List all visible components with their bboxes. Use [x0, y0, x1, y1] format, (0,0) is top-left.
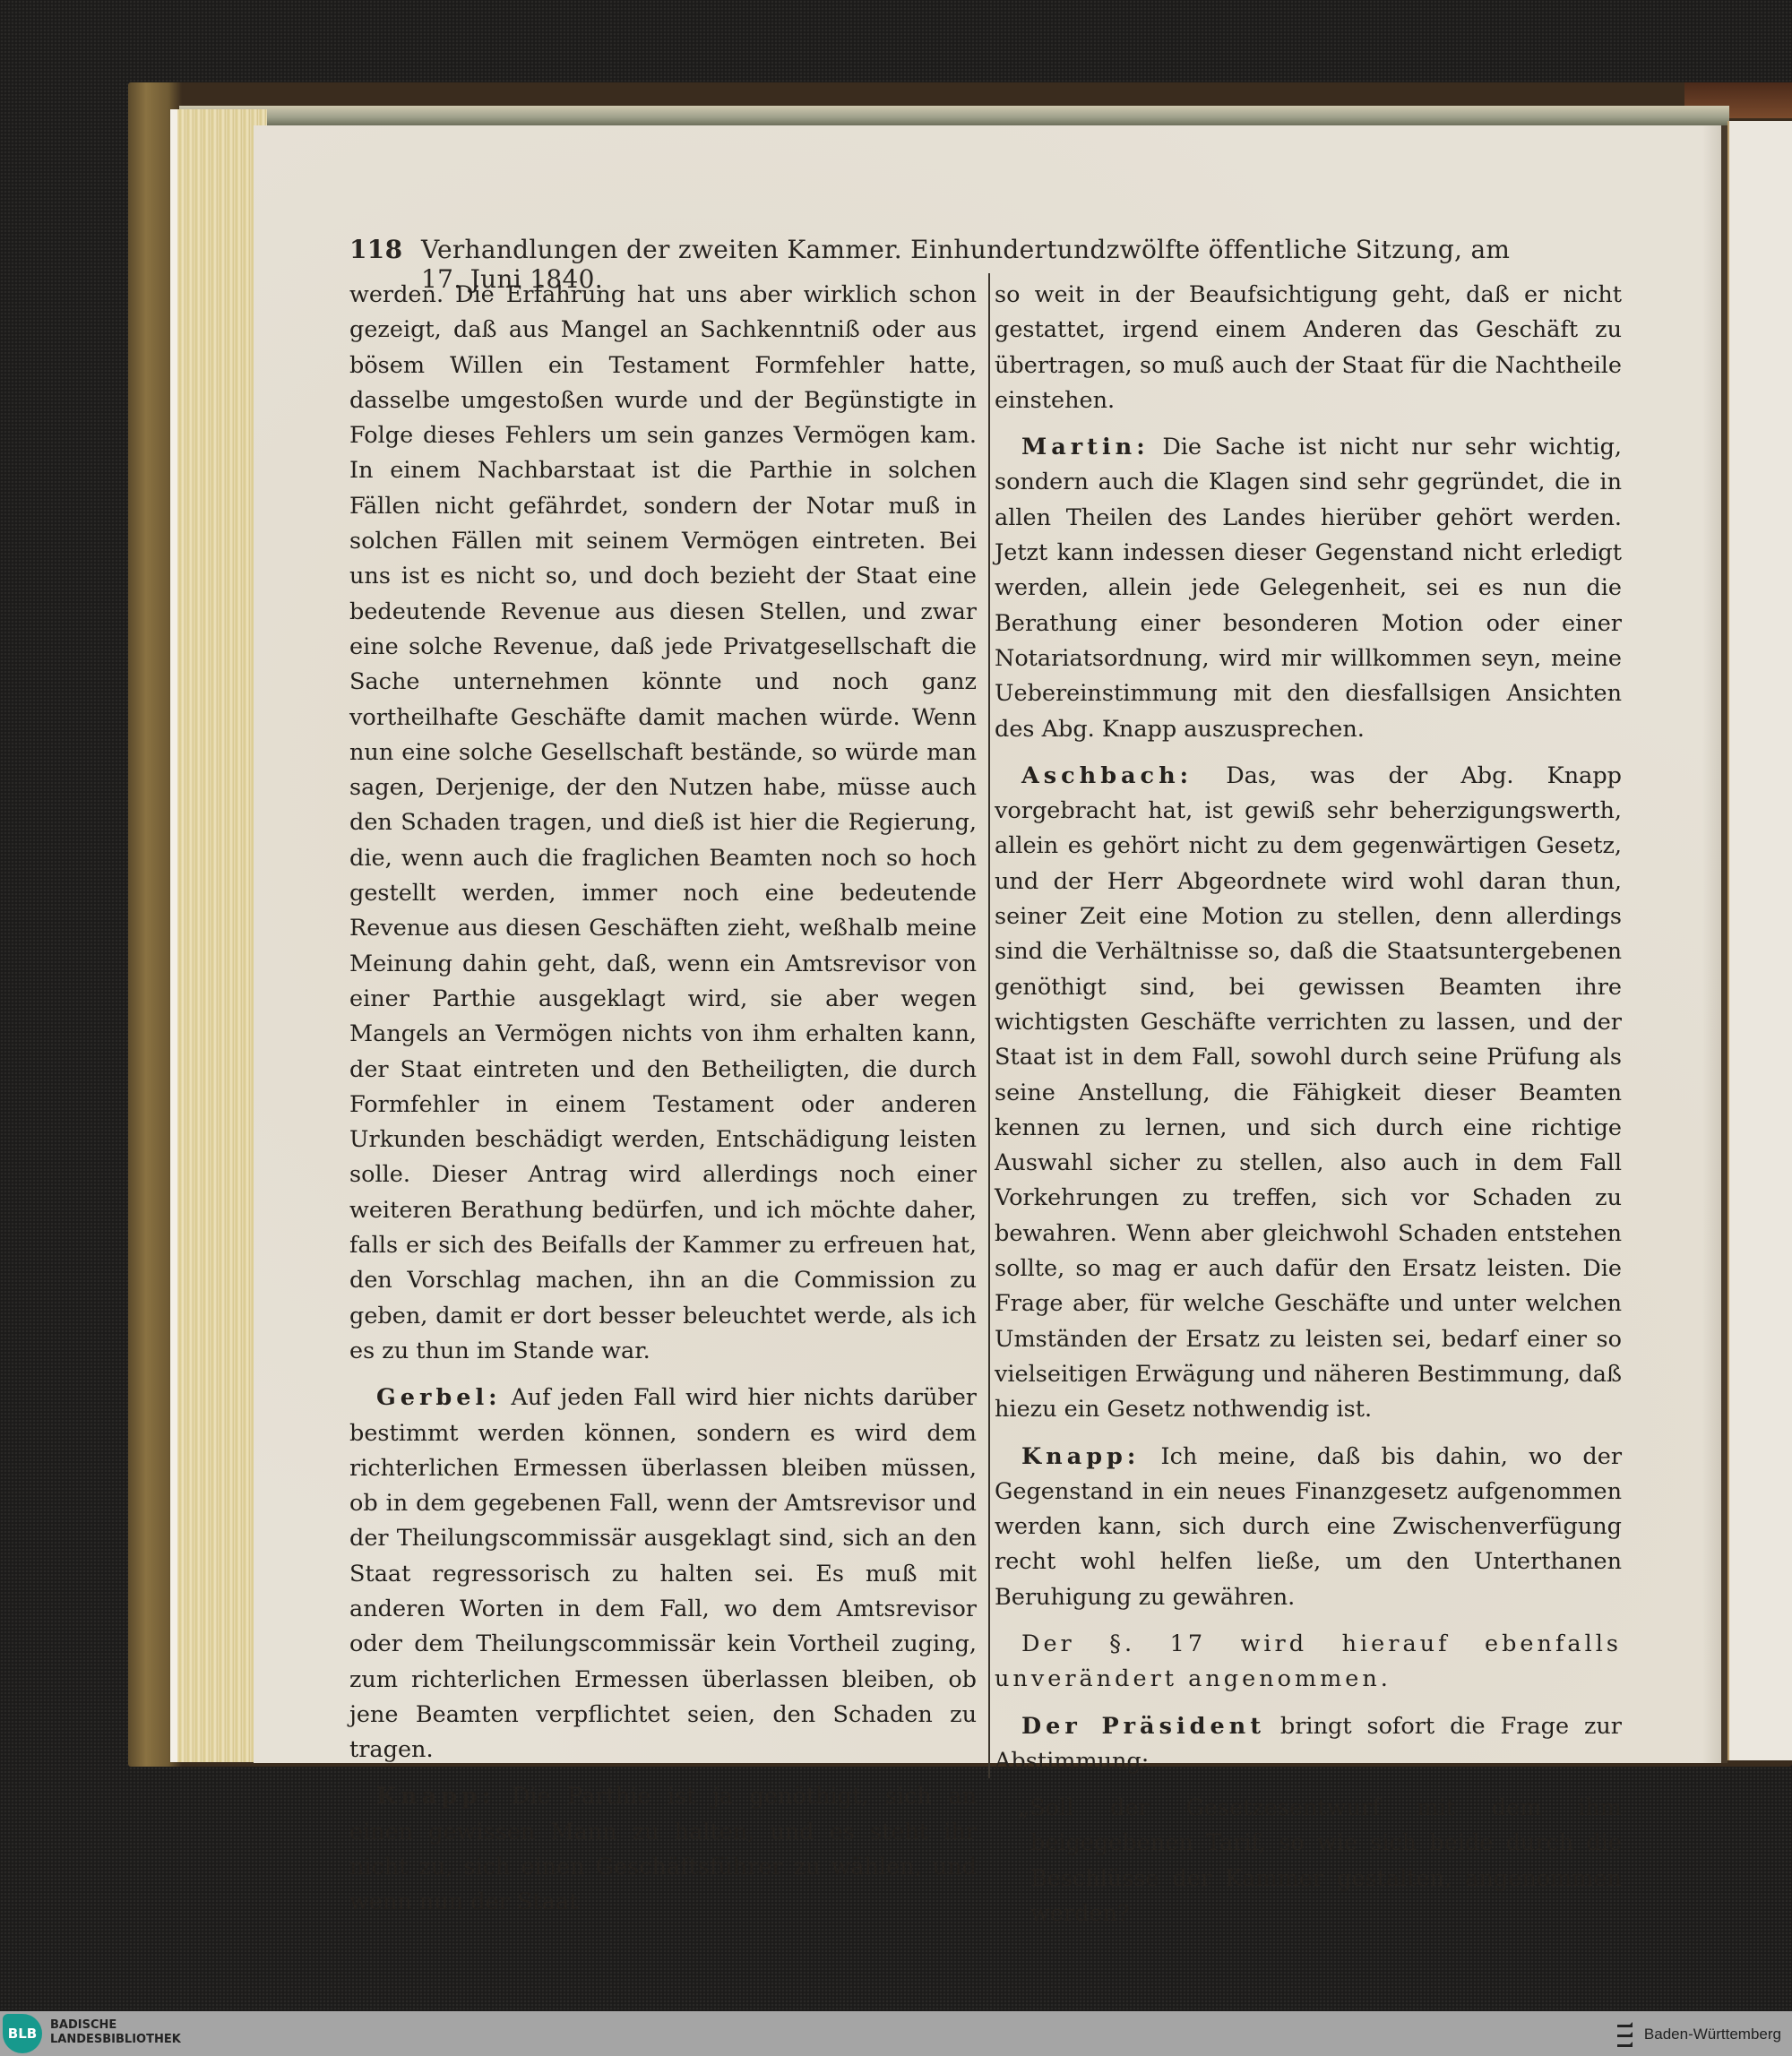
- column-divider: [988, 273, 990, 1778]
- speech-knapp: Knapp: Die Parthie ist ja genöthigt, sic…: [349, 1779, 977, 1920]
- speech-martin: Martin: Die Sache ist nicht nur sehr wic…: [995, 430, 1622, 747]
- baden-wuerttemberg-logo: Baden-Württemberg: [1615, 2019, 1781, 2050]
- right-column: so weit in der Beaufsichtigung geht, daß…: [995, 278, 1622, 1931]
- three-lions-icon: [1615, 2019, 1635, 2050]
- paragraph: werden. Die Erfahrung hat uns aber wirkl…: [349, 278, 977, 1369]
- page-top-edge: [179, 106, 1729, 125]
- gutter-shadow: [1702, 125, 1727, 1763]
- vote-question: „Soll der Gesetzesentwurf mit dem ihm be…: [1030, 1791, 1622, 1931]
- speaker-name: Knapp:: [376, 1783, 495, 1810]
- president-statement: Der Präsident bringt sofort die Frage zu…: [995, 1709, 1622, 1780]
- blb-name: BADISCHE LANDESBIBLIOTHEK: [50, 2018, 181, 2047]
- resolution-note: Der §. 17 wird hierauf ebenfalls unverän…: [995, 1627, 1622, 1698]
- left-column: werden. Die Erfahrung hat uns aber wirkl…: [349, 278, 977, 1932]
- page-stack-edge: [170, 109, 267, 1762]
- speaker-name: Knapp:: [1021, 1443, 1140, 1470]
- speaker-name: Aschbach:: [1021, 762, 1193, 789]
- facing-page: [1727, 121, 1792, 1760]
- speaker-name: Martin:: [1021, 434, 1150, 460]
- running-head: 118 Verhandlungen der zweiten Kammer. Ei…: [349, 235, 1541, 271]
- speech-aschbach: Aschbach: Das, was der Abg. Knapp vorgeb…: [995, 759, 1622, 1428]
- speaker-name: Gerbel:: [376, 1384, 502, 1411]
- speaker-name: Der Präsident: [1021, 1713, 1265, 1740]
- blb-logo: BLB: [3, 2014, 42, 2053]
- bw-label: Baden-Württemberg: [1644, 2026, 1781, 2043]
- speech-knapp-2: Knapp: Ich meine, daß bis dahin, wo der …: [995, 1440, 1622, 1615]
- paragraph: so weit in der Beaufsichtigung geht, daß…: [995, 278, 1622, 418]
- page-number: 118: [349, 235, 421, 264]
- speech-gerbel: Gerbel: Auf jeden Fall wird hier nichts …: [349, 1381, 977, 1768]
- footer-bar: [0, 2011, 1792, 2056]
